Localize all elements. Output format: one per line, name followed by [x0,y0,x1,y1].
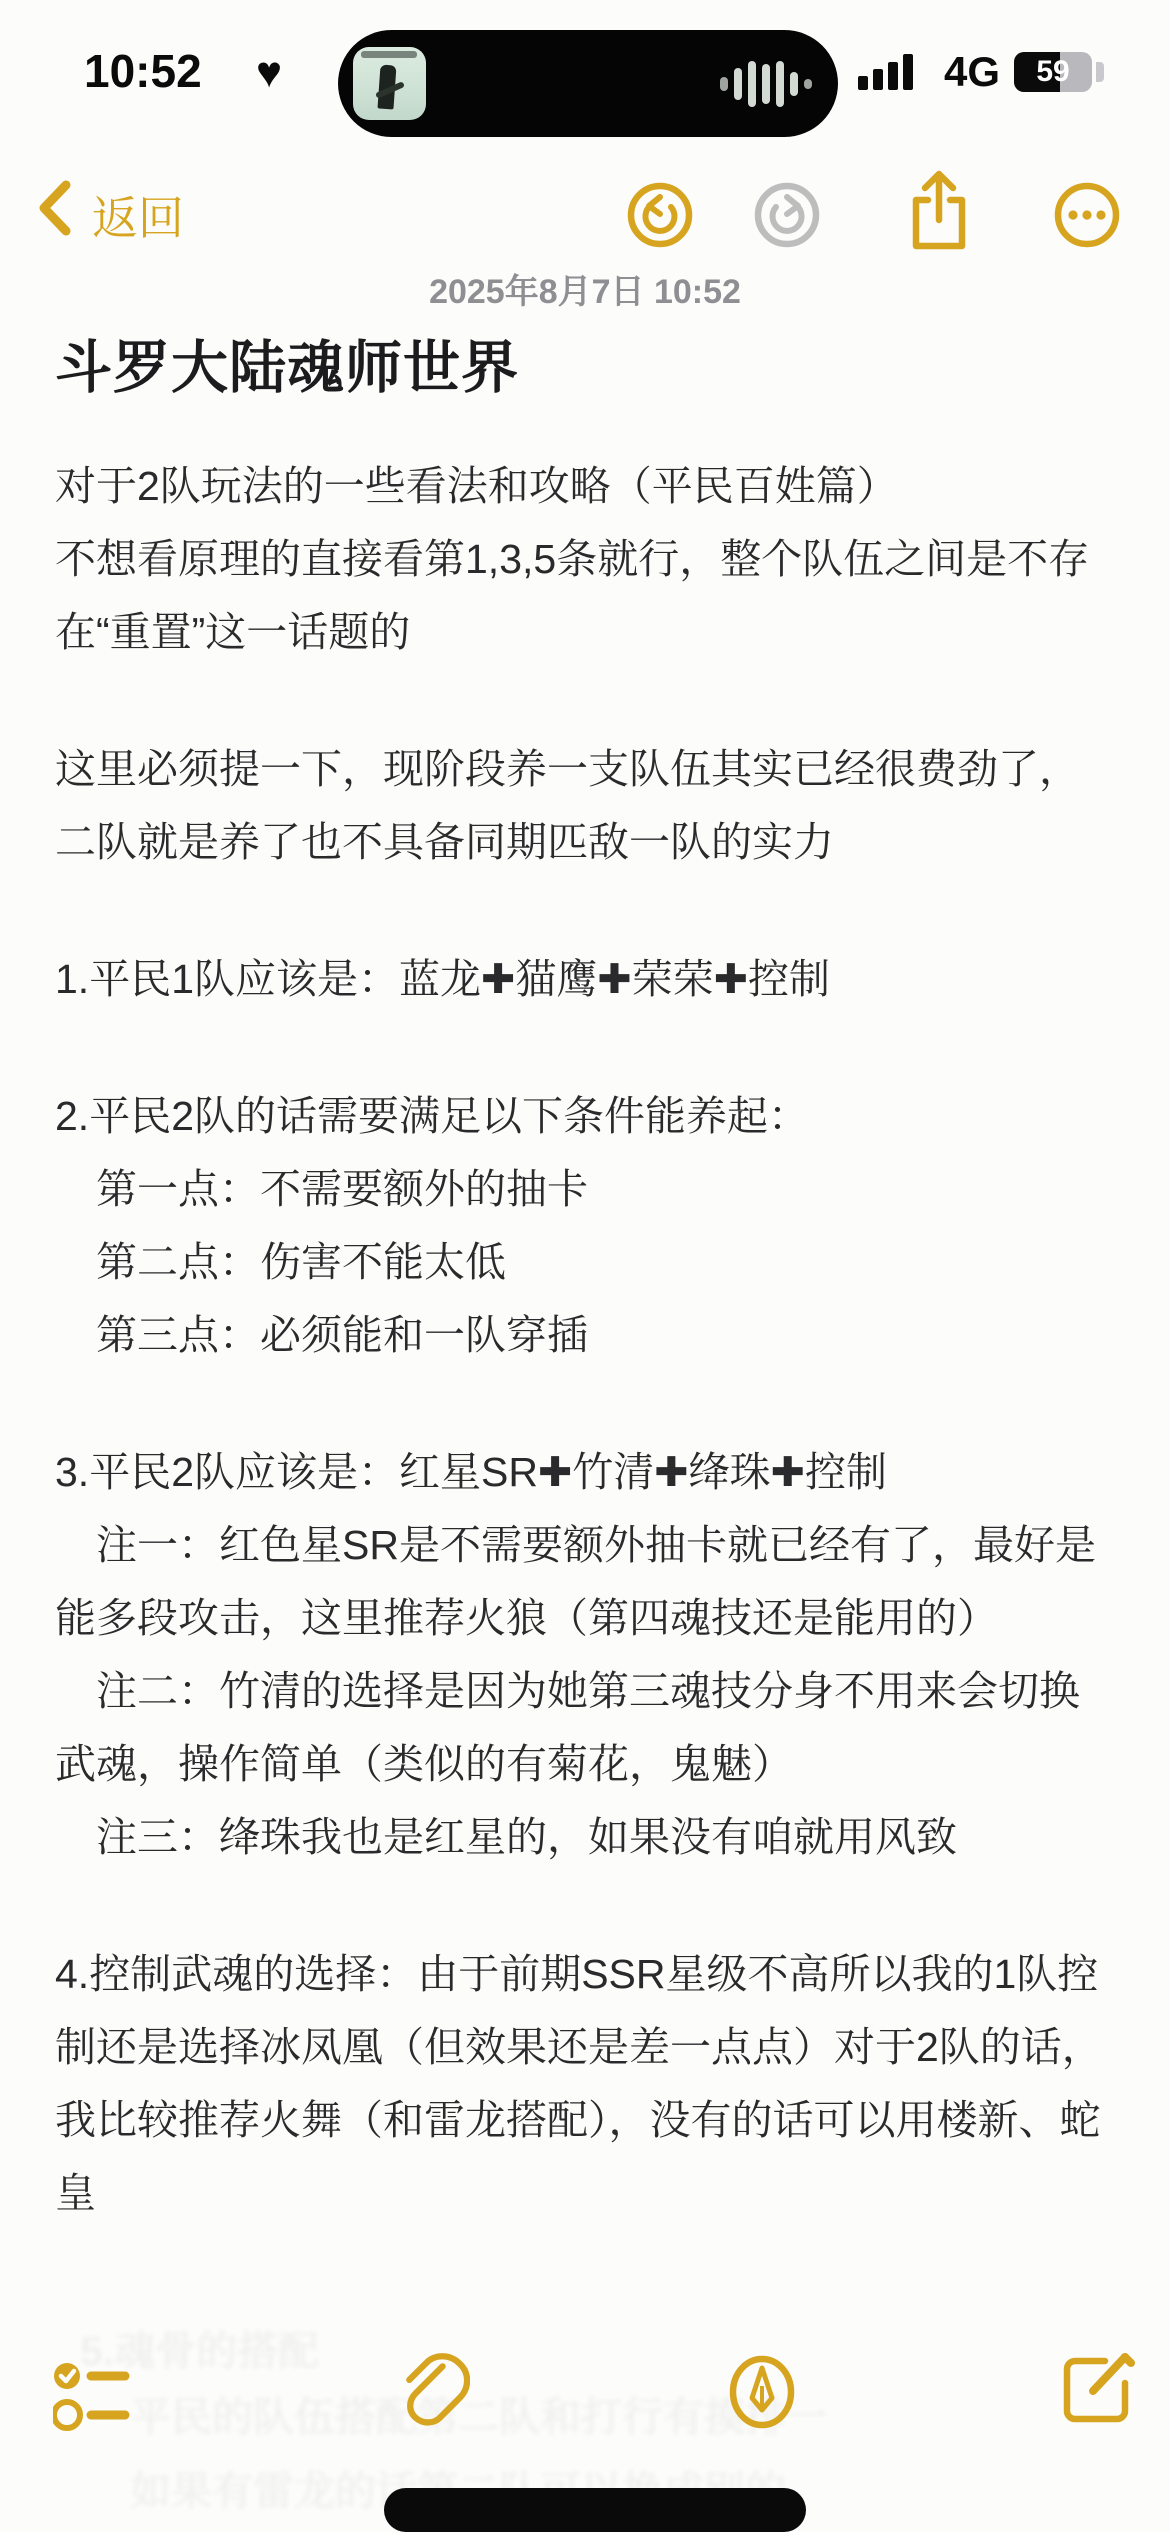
note-paragraph: 4.控制武魂的选择：由于前期SSR星级不高所以我的1队控制还是选择冰凤凰（但效果… [55,1938,1117,2230]
more-options-button[interactable] [1053,181,1121,254]
battery-percent: 59 [1014,52,1092,92]
note-paragraph: 这里必须提一下，现阶段养一支队伍其实已经很费劲了，二队就是养了也不具备同期匹敌一… [55,733,1117,879]
note-paragraph: 对于2队玩法的一些看法和攻略（平民百姓篇） 不想看原理的直接看第1,3,5条就行… [55,450,1117,669]
share-button[interactable] [906,168,972,259]
network-type-label: 4G [944,48,1000,96]
note-paragraph: 3.平民2队应该是：红星SR✚竹清✚绛珠✚控制 注一：红色星SR是不需要额外抽卡… [55,1436,1117,1874]
audio-waveform-icon [720,30,812,137]
compose-button[interactable] [1058,2346,1138,2426]
back-chevron-icon[interactable] [36,180,72,241]
heart-icon: ♥ [256,48,282,98]
status-time: 10:52 [84,44,202,98]
notes-app-screen: 10:52 ♥ 4G 59 返回 [0,0,1170,2532]
back-button[interactable]: 返回 [92,182,184,248]
home-indicator[interactable] [384,2488,806,2532]
note-paragraph: 1.平民1队应该是：蓝龙✚猫鹰✚荣荣✚控制 [55,943,1117,1016]
dynamic-island[interactable] [338,30,838,137]
note-title: 斗罗大陆魂师世界 [55,322,1115,404]
redo-button[interactable] [753,181,821,254]
signal-strength-icon [858,50,934,90]
note-paragraph: 2.平民2队的话需要满足以下条件能养起： 第一点：不需要额外的抽卡 第二点：伤害… [55,1080,1117,1372]
checklist-button[interactable] [52,2356,132,2436]
note-body[interactable]: 对于2队玩法的一些看法和攻略（平民百姓篇） 不想看原理的直接看第1,3,5条就行… [55,450,1117,2294]
attachment-paperclip-button[interactable] [392,2352,472,2432]
battery-nub [1096,62,1104,82]
undo-button[interactable] [626,181,694,254]
now-playing-album-art [353,47,426,120]
battery-icon: 59 [1014,52,1092,92]
markup-pen-button[interactable] [722,2352,802,2432]
note-date: 2025年8月7日 10:52 [0,264,1170,313]
